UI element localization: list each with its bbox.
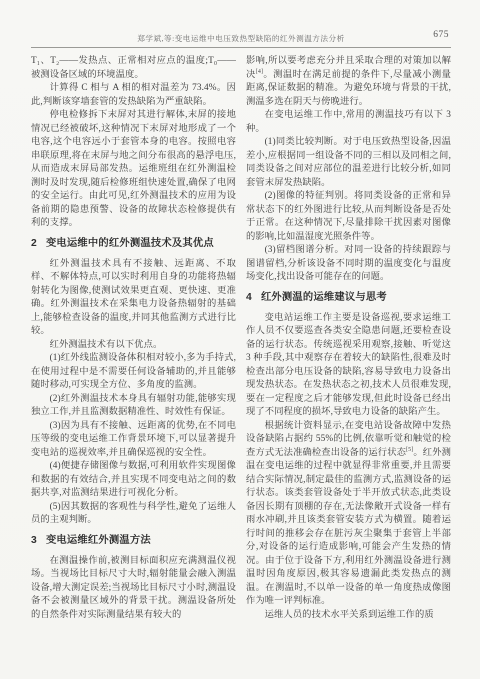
paragraph: (4)便捷存储图像与数据,可利用软件实现图像和数据的有效结合,并且实现不同变电站…: [31, 460, 236, 501]
two-column-body: T₁、T₂——发热点、正常相对应点的温度;T₀——被测设备区域的环境温度。 计算…: [31, 55, 451, 622]
right-column: 影响,所以要考虑充分并且采取合理的对策加以解决[4]。测温时在满足前提的条件下,…: [246, 55, 451, 622]
section-number: 2: [31, 238, 37, 249]
section-number: 4: [246, 292, 252, 303]
paragraph: 运维人员的技术水平关系到运维工作的质: [246, 609, 451, 623]
section-title: 变电运维中的红外测温技术及其优点: [46, 238, 214, 249]
paper-page: 郑学斌,等:变电运维中电压致热型缺陷的红外测温方法分析 675 T₁、T₂——发…: [0, 0, 480, 679]
paragraph: 变电站运维工作主要是设备巡视,要求运维工作人员不仅要巡查各类安全隐患问题,还要检…: [246, 312, 451, 420]
paragraph-text: 。红外测温在变电运维的过程中就显得非常重要,并且需要结合实际情况,制定最佳的监测…: [246, 448, 451, 607]
paragraph: T₁、T₂——发热点、正常相对应点的温度;T₀——被测设备区域的环境温度。: [31, 55, 236, 82]
paragraph: (2)红外测温技术本身具有辐射功能,能够实现独立工作,并且监测数据精准性、时效性…: [31, 393, 236, 420]
header-rule: [31, 47, 451, 48]
section-title: 红外测温的运维建议与思考: [261, 292, 387, 303]
paragraph: 影响,所以要考虑充分并且采取合理的对策加以解决[4]。测温时在满足前提的条件下,…: [246, 55, 451, 109]
paragraph: (3)因为具有不接触、远距离的优势,在不同电压等级的变电运维工作背景环境下,可以…: [31, 420, 236, 461]
paragraph: 红外测温技术具有不接触、远距离、不取样、不解体特点,可以实时利用自身的功能将热辐…: [31, 258, 236, 339]
paragraph: 根据统计资料显示,在变电站设备故障中发热设备缺陷占据约 55%的比例,依靠听觉和…: [246, 420, 451, 609]
paragraph-text: 。测温时在满足前提的条件下,尽量减小测量距离,保证数据的精准。为避免环境与背景的…: [246, 70, 451, 107]
paragraph: 在测温操作前,被测目标面积应充满测温仪视场。当视场比目标尺寸大时,辐射能量会融入…: [31, 555, 236, 623]
paragraph: 红外测温技术有以下优点。: [31, 339, 236, 353]
page-header: 郑学斌,等:变电运维中电压致热型缺陷的红外测温方法分析 675: [31, 30, 451, 44]
running-title: 郑学斌,等:变电运维中电压致热型缺陷的红外测温方法分析: [31, 33, 451, 44]
paragraph: (2)图像的特征判别。将同类设备的正常和异常状态下的红外图进行比较,从而判断设备…: [246, 190, 451, 244]
citation-marker: [4]: [256, 68, 263, 74]
left-column: T₁、T₂——发热点、正常相对应点的温度;T₀——被测设备区域的环境温度。 计算…: [31, 55, 236, 622]
paragraph: (5)因其数据的客观性与科学性,避免了运维人员的主观判断。: [31, 501, 236, 528]
paragraph: (1)红外线监测设备体积相对较小,多为手持式,在使用过程中是不需要任何设备辅助的…: [31, 352, 236, 393]
page-number: 675: [433, 30, 449, 40]
section-title: 变电运维红外测温方法: [46, 535, 151, 546]
section-heading: 3变电运维红外测温方法: [31, 534, 236, 548]
section-heading: 2变电运维中的红外测温技术及其优点: [31, 237, 236, 251]
section-heading: 4红外测温的运维建议与思考: [246, 291, 451, 305]
paragraph: 在变电运维工作中,常用的测温技巧有以下 3 种。: [246, 109, 451, 136]
paragraph: (1)同类比较判断。对于电压致热型设备,因温差小,应根据同一组设备不同的三相以及…: [246, 136, 451, 190]
paragraph: 计算得 C 相与 A 相的相对温差为 73.4%。因此,判断该穿墙套管的发热缺陷…: [31, 82, 236, 109]
paragraph: (3)留档图谱分析。对同一设备的持续跟踪与图谱留档,分析该设备不同时期的温度变化…: [246, 244, 451, 285]
paragraph: 停电检修拆下末屏对其进行解体,末屏的接地情况已经被破坏,这种情况下末屏对地形成了…: [31, 109, 236, 231]
section-number: 3: [31, 535, 37, 546]
